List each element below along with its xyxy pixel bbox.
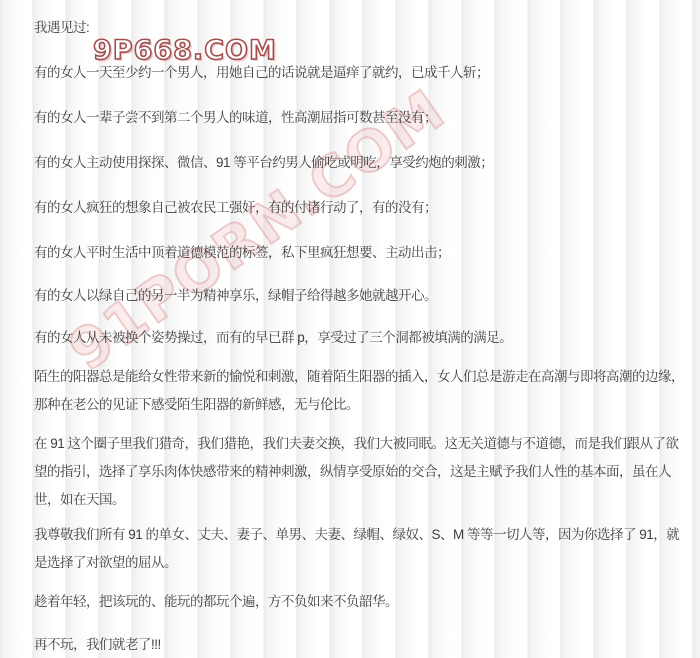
paragraph: 趁着年轻，把该玩的、能玩的都玩个遍，方不负如来不负韶华。: [34, 588, 686, 616]
paragraph: 再不玩，我们就老了!!!: [34, 631, 686, 658]
paragraph: 陌生的阳器总是能给女性带来新的愉悦和刺激，随着陌生阳器的插入，女人们总是游走在高…: [34, 363, 686, 419]
paragraph: 有的女人以绿自己的另一半为精神享乐，绿帽子给得越多她就越开心。: [34, 282, 686, 310]
paragraph: 我尊敬我们所有 91 的单女、丈夫、妻子、单男、夫妻、绿帽、绿奴、S、M 等等一…: [34, 521, 686, 577]
paragraph: 有的女人一辈子尝不到第二个男人的味道，性高潮屈指可数甚至没有；: [34, 104, 686, 132]
paragraph: 有的女人从未被换个姿势操过，而有的早已群 p，享受过了三个洞都被填满的满足。: [34, 324, 686, 352]
paragraph: 有的女人主动使用探探、微信、91 等平台约男人偷吃或明吃，享受约炮的刺激；: [34, 149, 686, 177]
paragraph: 有的女人疯狂的想象自己被农民工强奸，有的付诸行动了，有的没有；: [34, 194, 686, 222]
paragraph: 有的女人平时生活中顶着道德模范的标签，私下里疯狂想要、主动出击；: [34, 239, 686, 267]
paragraph: 在 91 这个圈子里我们猎奇，我们猎艳，我们夫妻交换，我们大被同眠。这无关道德与…: [34, 430, 686, 514]
top-watermark: 9P668.COM: [93, 34, 277, 68]
document-page: 我遇见过: 9P668.COM 91PORN.COM 有的女人一天至少约一个男人…: [0, 0, 700, 658]
